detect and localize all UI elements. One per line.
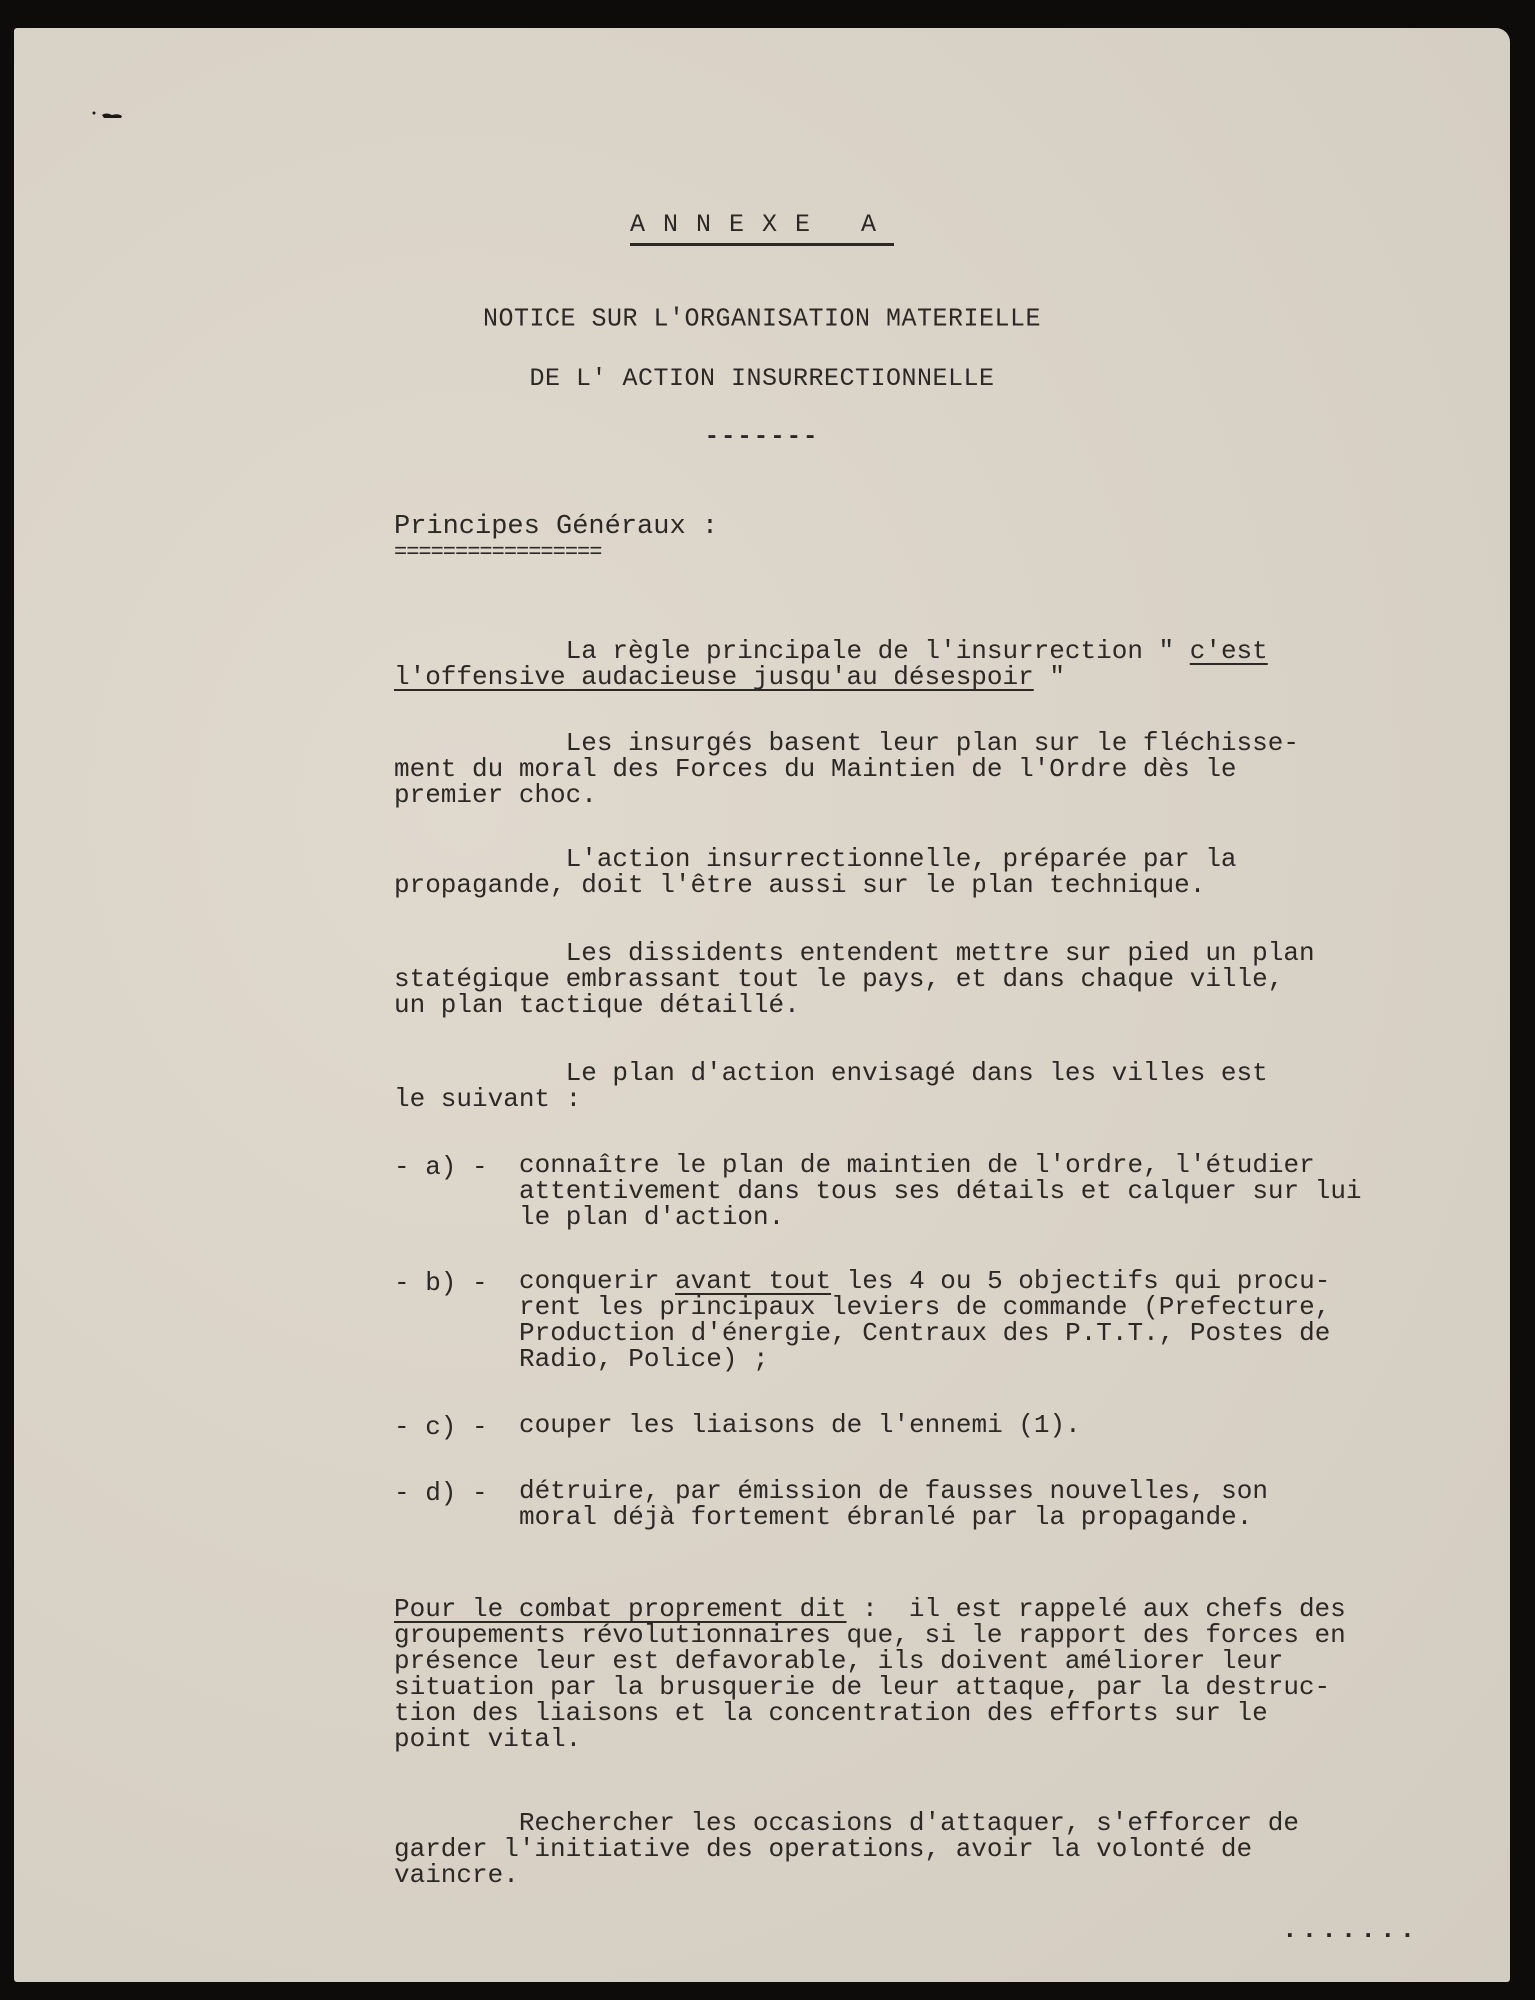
list-item-d: détruire, par émission de fausses nouvel… bbox=[519, 1478, 1268, 1530]
paragraph-rule: La règle principale de l'insurrection " … bbox=[394, 638, 1268, 690]
list-item-a-label: - a) - bbox=[394, 1152, 488, 1182]
list-item-d-label: - d) - bbox=[394, 1478, 488, 1508]
section-heading-rule: ================= bbox=[394, 540, 601, 565]
section-heading: Principes Généraux : bbox=[394, 512, 718, 542]
list-item-c-label: - c) - bbox=[394, 1412, 488, 1442]
continuation-dots: ....... bbox=[1282, 1915, 1419, 1945]
list-item-a: connaître le plan de maintien de l'ordre… bbox=[519, 1152, 1362, 1230]
paragraph-dissidents: Les dissidents entendent mettre sur pied… bbox=[394, 940, 1315, 1018]
ink-blot-mark bbox=[92, 110, 132, 120]
list-item-b: conquerir avant tout les 4 ou 5 objectif… bbox=[519, 1268, 1330, 1372]
annex-label: ANNEXE A bbox=[14, 210, 1510, 239]
list-item-c: couper les liaisons de l'ennemi (1). bbox=[519, 1412, 1081, 1438]
paragraph-plan: Le plan d'action envisagé dans les ville… bbox=[394, 1060, 1268, 1112]
title-line-2: DE L' ACTION INSURRECTIONNELLE bbox=[14, 364, 1510, 393]
separator: ------- bbox=[14, 424, 1510, 451]
paragraph-action: L'action insurrectionnelle, préparée par… bbox=[394, 846, 1237, 898]
list-item-b-label: - b) - bbox=[394, 1268, 488, 1298]
paragraph-closing: Rechercher les occasions d'attaquer, s'e… bbox=[394, 1810, 1299, 1888]
paragraph-combat: Pour le combat proprement dit : il est r… bbox=[394, 1596, 1346, 1752]
paragraph-insurges: Les insurgés basent leur plan sur le flé… bbox=[394, 730, 1299, 808]
title-line-1: NOTICE SUR L'ORGANISATION MATERIELLE bbox=[14, 303, 1510, 333]
document-page: ANNEXE A NOTICE SUR L'ORGANISATION MATER… bbox=[14, 28, 1510, 1982]
